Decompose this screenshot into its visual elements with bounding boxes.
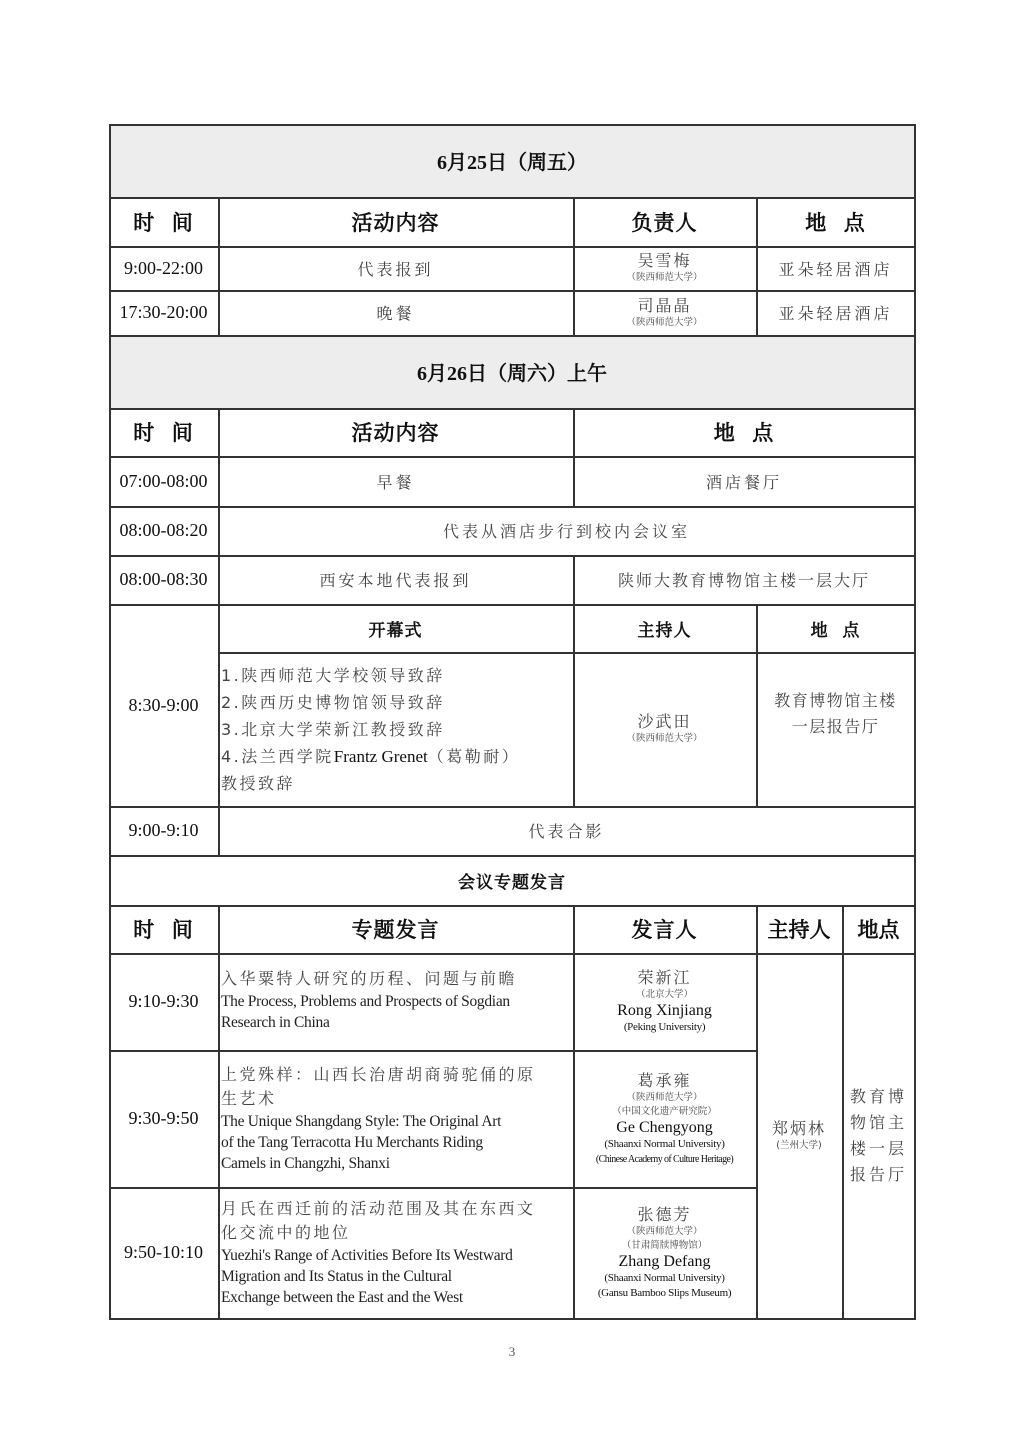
table-divider [109,246,916,248]
opening-item: 1.陕西师范大学校领导致辞 [221,662,445,689]
table-divider [109,197,916,199]
table-row-activity: 晚餐 [218,290,573,335]
table-divider [756,197,758,335]
opening-item: 教授致辞 [221,770,295,797]
table-row-location: 亚朵轻居酒店 [756,290,915,335]
talks-location: 教育博 物馆主 楼一层 报告厅 [842,953,915,1318]
opening-header-title: 开幕式 [218,604,573,652]
talk-time: 9:50-10:10 [109,1187,218,1318]
table-divider [109,1187,757,1189]
table-divider [573,197,575,335]
opening-item: 4.法兰西学院Frantz Grenet（葛勒耐） [221,743,520,770]
opening-time: 8:30-9:00 [109,604,218,806]
table-row-activity: 代表从酒店步行到校内会议室 [218,506,915,555]
table-divider [218,408,220,855]
table-row-activity: 早餐 [218,456,573,506]
table-row-time: 08:00-08:20 [109,506,218,555]
talks-header-speaker: 发言人 [573,905,756,953]
day1-header-person: 负责人 [573,197,756,246]
table-row-activity: 代表报到 [218,246,573,290]
talks-section-title: 会议专题发言 [109,855,915,905]
table-divider [218,905,220,1319]
talk-title: 入华粟特人研究的历程、问题与前瞻 The Process, Problems a… [218,953,573,1050]
opening-program-list: 1.陕西师范大学校领导致辞 2.陕西历史博物馆领导致辞 3.北京大学荣新江教授致… [218,652,573,806]
table-border [109,124,111,1319]
table-divider [218,197,220,335]
table-divider [218,652,916,654]
talk-title: 月氏在西迁前的活动范围及其在东西文 化交流中的地位 Yuezhi's Range… [218,1187,573,1318]
table-divider [109,905,916,907]
table-divider [109,806,916,808]
table-divider [109,290,916,292]
table-row-person: 吴雪梅 （陕西师范大学） [573,246,756,290]
table-row-activity: 西安本地代表报到 [218,555,573,604]
opening-location: 教育博物馆主楼 一层报告厅 [756,652,915,806]
table-border [914,124,916,1319]
opening-header-location: 地 点 [756,604,915,652]
table-row-time: 08:00-08:30 [109,555,218,604]
table-border [109,1318,916,1320]
table-divider [573,905,575,1319]
day1-title: 6月25日（周五） [437,146,587,175]
table-row-time: 07:00-08:00 [109,456,218,506]
table-row-time: 9:00-22:00 [109,246,218,290]
day2-header-time: 时 间 [109,408,218,456]
table-divider [756,604,758,806]
opening-item: 3.北京大学荣新江教授致辞 [221,716,445,743]
table-divider [109,953,916,955]
table-row-time: 9:00-9:10 [109,806,218,855]
table-row-location: 亚朵轻居酒店 [756,246,915,290]
day2-title-row: 6月26日（周六）上午 [109,335,915,408]
table-divider [573,408,575,506]
table-divider [842,905,844,1319]
talks-header-topic: 专题发言 [218,905,573,953]
day1-title-row: 6月25日（周五） [109,124,915,197]
table-row-time: 17:30-20:00 [109,290,218,335]
talk-speaker: 荣新江 （北京大学） Rong Xinjiang (Peking Univers… [573,953,756,1050]
day2-header-activity: 活动内容 [218,408,573,456]
table-divider [109,855,916,857]
table-border [109,124,916,126]
talk-title: 上党殊样：山西长治唐胡商骑驼俑的原 生艺术 The Unique Shangda… [218,1050,573,1187]
table-divider [109,408,916,410]
table-row-location: 陕师大教育博物馆主楼一层大厅 [573,555,915,604]
talks-host: 郑炳林 (兰州大学) [756,953,842,1318]
table-row-activity: 代表合影 [218,806,915,855]
table-divider [109,555,916,557]
talk-time: 9:30-9:50 [109,1050,218,1187]
page-number: 3 [0,1344,1024,1360]
day1-header-time: 时 间 [109,197,218,246]
day2-header-location: 地 点 [573,408,915,456]
opening-header-host: 主持人 [573,604,756,652]
opening-host: 沙武田 （陕西师范大学） [573,652,756,806]
talks-header-location: 地点 [842,905,915,953]
table-divider [109,456,916,458]
talks-header-host: 主持人 [756,905,842,953]
table-row-person: 司晶晶 （陕西师范大学） [573,290,756,335]
day1-header-activity: 活动内容 [218,197,573,246]
day2-title: 6月26日（周六）上午 [417,357,607,386]
table-divider [109,335,916,337]
talk-time: 9:10-9:30 [109,953,218,1050]
talk-speaker: 葛承雍 （陕西师范大学） （中国文化遗产研究院） Ge Chengyong (S… [573,1050,756,1187]
table-divider [109,506,916,508]
table-divider [109,1050,757,1052]
table-row-location: 酒店餐厅 [573,456,915,506]
table-divider [109,604,916,606]
opening-item: 2.陕西历史博物馆领导致辞 [221,689,445,716]
day1-header-location: 地 点 [756,197,915,246]
table-divider [573,555,575,806]
talks-header-time: 时 间 [109,905,218,953]
table-divider [756,905,758,1319]
talk-speaker: 张德芳 （陕西师范大学） （甘肃简牍博物馆） Zhang Defang (Sha… [573,1187,756,1318]
